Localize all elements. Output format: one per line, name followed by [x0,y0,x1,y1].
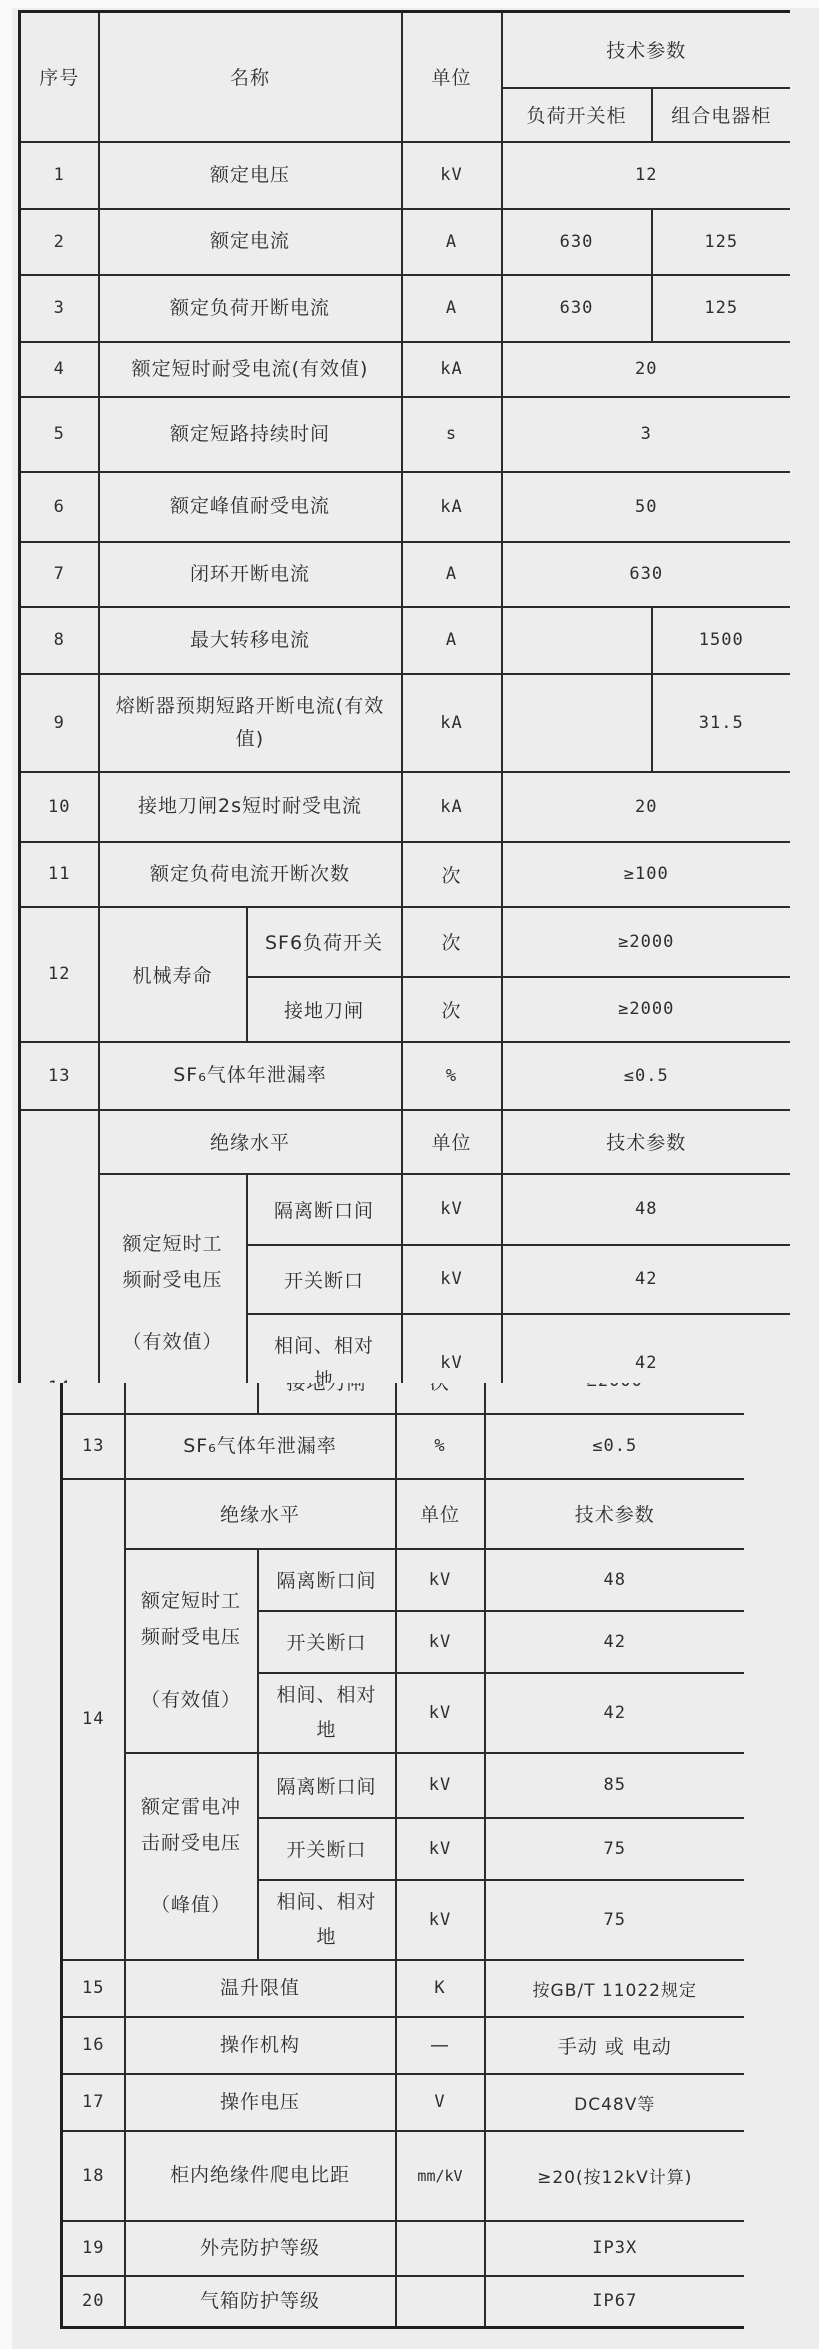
cell-value: ≥2000 [502,977,790,1042]
group-note: （有效值） [120,1324,226,1360]
header-load-switch: 负荷开关柜 [502,88,652,142]
cell-unit: K [396,1960,485,2017]
header-params: 技术参数 [502,12,790,88]
cell-unit-header: 单位 [402,1110,502,1174]
table-row: 11 额定负荷电流开断次数 次 ≥100 [20,842,791,907]
group-label: 额定短时工频耐受电压 [140,1583,242,1655]
cell-unit: kA [402,772,502,842]
cell-no: 6 [20,472,99,542]
cell-unit: A [402,209,502,275]
table-row: 7 闭环开断电流 A 630 [20,542,791,607]
group-note: （有效值） [140,1682,242,1718]
cell-unit: kV [396,1673,485,1753]
cell-unit: A [402,542,502,607]
cell-no: 2 [20,209,99,275]
table-row-pf-isolating: 额定短时工频耐受电压 （有效值） 隔离断口间 kV 48 [62,1549,745,1611]
cell-combo-value: 1500 [652,607,790,674]
cell-no: 8 [20,607,99,674]
cell-value: ≤0.5 [502,1042,790,1110]
cell-combo-value: 125 [652,275,790,342]
cell-no: 18 [62,2131,125,2221]
cell-unit: kV [396,1611,485,1673]
table-row: 3 额定负荷开断电流 A 630 125 [20,275,791,342]
cell-subname: 隔离断口间 [258,1549,396,1611]
cell-group-mech-life: 机械寿命 [99,907,247,1042]
cell-value: 48 [485,1549,745,1611]
cell-name: 温升限值 [125,1960,396,2017]
group-label: 额定雷电冲击耐受电压 [140,1789,242,1861]
cell-no: 17 [62,2074,125,2131]
cell-no: 16 [62,2017,125,2074]
cell-name: SF₆气体年泄漏率 [99,1042,402,1110]
cell-no: 3 [20,275,99,342]
cell-unit: mm/kV [396,2131,485,2221]
cell-unit: kA [402,342,502,397]
table-row: 18 柜内绝缘件爬电比距 mm/kV ≥20(按12kV计算) [62,2131,745,2221]
table-row-pf-isolating: 额定短时工频耐受电压 （有效值） 隔离断口间 kV 48 [20,1174,791,1245]
cell-value: 20 [502,772,790,842]
cell-value: ≥100 [502,842,790,907]
cell-subname: 相间、相对地 [258,1673,396,1753]
cell-value: ≥2000 [502,907,790,977]
cell-combo-value: 125 [652,209,790,275]
cell-subname: 相间、相对地 [258,1880,396,1960]
cell-name: 额定负荷开断电流 [99,275,402,342]
cell-no: 14 [20,1110,99,1384]
cell-value: IP3X [485,2221,745,2276]
cell-name: 柜内绝缘件爬电比距 [125,2131,396,2221]
spec-table-bottom: 接地刀闸 次 ≥2000 13 SF₆气体年泄漏率 % ≤0.5 14 绝缘水平… [60,1383,744,2329]
cell-unit: kV [396,1549,485,1611]
cell-value: 85 [485,1753,745,1818]
cell-no: 19 [62,2221,125,2276]
cell-unit: kV [402,1245,502,1314]
cell-name: 额定短路持续时间 [99,397,402,472]
table-row: 5 额定短路持续时间 s 3 [20,397,791,472]
cell-subname: 接地刀闸 [258,1383,396,1414]
cell-no: 9 [20,674,99,772]
cell-unit: kV [396,1880,485,1960]
cell-name: 额定峰值耐受电流 [99,472,402,542]
subname-label: 相间、相对地 [273,1885,381,1953]
cell-unit: kV [402,142,502,209]
cell-unit: A [402,607,502,674]
cell-name: 闭环开断电流 [99,542,402,607]
cell-value: 42 [485,1673,745,1753]
header-name: 名称 [99,12,402,142]
cell-no-empty [62,1383,125,1414]
cell-name: SF₆气体年泄漏率 [125,1414,396,1479]
cell-value: 20 [502,342,790,397]
table-row: 19 外壳防护等级 IP3X [62,2221,745,2276]
cell-unit: kV [402,1174,502,1245]
cell-unit: 次 [402,977,502,1042]
cell-value: IP67 [485,2276,745,2328]
table-row-mech-life-switch: 12 机械寿命 SF6负荷开关 次 ≥2000 [20,907,791,977]
cell-no: 14 [62,1479,125,1960]
cell-subname: 相间、相对地 [247,1314,402,1384]
table-row: 1 额定电压 kV 12 [20,142,791,209]
table-row: 4 额定短时耐受电流(有效值) kA 20 [20,342,791,397]
cell-name: 额定电流 [99,209,402,275]
cell-load-value: 630 [502,209,652,275]
cell-subname: 开关断口 [258,1611,396,1673]
cell-load-value [502,674,652,772]
cell-value: 3 [502,397,790,472]
header-combined: 组合电器柜 [652,88,790,142]
cell-unit: 次 [402,842,502,907]
cell-subname: 开关断口 [247,1245,402,1314]
table-row: 15 温升限值 K 按GB/T 11022规定 [62,1960,745,2017]
cell-unit: kV [396,1753,485,1818]
table-row: 20 气箱防护等级 IP67 [62,2276,745,2328]
screenshot-bottom: 接地刀闸 次 ≥2000 13 SF₆气体年泄漏率 % ≤0.5 14 绝缘水平… [60,1383,744,2333]
header-no: 序号 [20,12,99,142]
cell-unit [396,2276,485,2328]
cell-name: 最大转移电流 [99,607,402,674]
cell-subname: 开关断口 [258,1818,396,1880]
cell-name: 额定负荷电流开断次数 [99,842,402,907]
cell-no: 13 [62,1414,125,1479]
table-row-mech-life-earth-fragment: 接地刀闸 次 ≥2000 [62,1383,745,1414]
cell-insulation-level: 绝缘水平 [99,1110,402,1174]
spec-sheet-page: 序号 名称 单位 技术参数 负荷开关柜 组合电器柜 1 额定电压 kV 12 2… [0,0,819,2349]
table-row: 8 最大转移电流 A 1500 [20,607,791,674]
cell-no: 11 [20,842,99,907]
cell-value: 按GB/T 11022规定 [485,1960,745,2017]
cell-load-value [502,607,652,674]
cell-value: ≥20(按12kV计算) [485,2131,745,2221]
cell-unit: V [396,2074,485,2131]
subname-label: 相间、相对地 [268,1329,380,1383]
cell-name: 熔断器预期短路开断电流(有效值) [99,674,402,772]
cell-subname: SF6负荷开关 [247,907,402,977]
cell-no: 20 [62,2276,125,2328]
cell-name: 气箱防护等级 [125,2276,396,2328]
cell-name: 操作电压 [125,2074,396,2131]
cell-unit: kA [402,674,502,772]
cell-unit: 次 [402,907,502,977]
insulation-header-row: 14 绝缘水平 单位 技术参数 [20,1110,791,1174]
cell-unit: kV [396,1818,485,1880]
cell-no: 13 [20,1042,99,1110]
cell-name: 接地刀闸2s短时耐受电流 [99,772,402,842]
header-unit: 单位 [402,12,502,142]
cell-name: 额定短时耐受电流(有效值) [99,342,402,397]
cell-no: 4 [20,342,99,397]
left-margin-strip [0,0,12,2349]
table-header-row: 序号 名称 单位 技术参数 [20,12,791,88]
table-row: 10 接地刀闸2s短时耐受电流 kA 20 [20,772,791,842]
cell-value: 42 [502,1314,790,1384]
cell-no: 15 [62,1960,125,2017]
cell-value: 48 [502,1174,790,1245]
group-label: 额定短时工频耐受电压 [120,1226,226,1298]
cell-value: ≤0.5 [485,1414,745,1479]
cell-value: 42 [485,1611,745,1673]
cell-value: 630 [502,542,790,607]
cell-name: 额定电压 [99,142,402,209]
cell-group-power-freq: 额定短时工频耐受电压 （有效值） [125,1549,258,1753]
table-row: 6 额定峰值耐受电流 kA 50 [20,472,791,542]
table-row: 2 额定电流 A 630 125 [20,209,791,275]
cell-name: 外壳防护等级 [125,2221,396,2276]
cell-subname: 隔离断口间 [247,1174,402,1245]
cell-unit: A [402,275,502,342]
cell-no: 7 [20,542,99,607]
group-note: （峰值） [140,1887,242,1923]
cell-unit-header: 单位 [396,1479,485,1549]
cell-group-empty [125,1383,258,1414]
cell-value: 75 [485,1818,745,1880]
cell-group-power-freq: 额定短时工频耐受电压 （有效值） [99,1174,247,1384]
subname-label: 相间、相对地 [273,1678,381,1746]
cell-unit: kV [402,1314,502,1384]
cell-no: 1 [20,142,99,209]
cell-value: 50 [502,472,790,542]
insulation-header-row: 14 绝缘水平 单位 技术参数 [62,1479,745,1549]
cell-unit: kA [402,472,502,542]
table-row: 9 熔断器预期短路开断电流(有效值) kA 31.5 [20,674,791,772]
cell-no: 12 [20,907,99,1042]
cell-load-value: 630 [502,275,652,342]
cell-insulation-level: 绝缘水平 [125,1479,396,1549]
cell-no: 5 [20,397,99,472]
cell-value: 12 [502,142,790,209]
cell-params-header: 技术参数 [502,1110,790,1174]
cell-group-lightning: 额定雷电冲击耐受电压 （峰值） [125,1753,258,1960]
cell-params-header: 技术参数 [485,1479,745,1549]
cell-unit: — [396,2017,485,2074]
top-margin-strip [0,0,819,8]
cell-subname: 隔离断口间 [258,1753,396,1818]
cell-name: 操作机构 [125,2017,396,2074]
spec-table-top: 序号 名称 单位 技术参数 负荷开关柜 组合电器柜 1 额定电压 kV 12 2… [18,10,790,1383]
cell-value: 手动 或 电动 [485,2017,745,2074]
cell-unit: s [402,397,502,472]
table-row: 16 操作机构 — 手动 或 电动 [62,2017,745,2074]
table-row: 13 SF₆气体年泄漏率 % ≤0.5 [20,1042,791,1110]
cell-subname: 接地刀闸 [247,977,402,1042]
cell-no: 10 [20,772,99,842]
cell-unit: % [402,1042,502,1110]
cell-unit [396,2221,485,2276]
table-row: 17 操作电压 V DC48V等 [62,2074,745,2131]
cell-unit: % [396,1414,485,1479]
cell-value: 42 [502,1245,790,1314]
cell-value: ≥2000 [485,1383,745,1414]
cell-value: 75 [485,1880,745,1960]
table-row-li-isolating: 额定雷电冲击耐受电压 （峰值） 隔离断口间 kV 85 [62,1753,745,1818]
cell-combo-value: 31.5 [652,674,790,772]
cell-unit: 次 [396,1383,485,1414]
cell-value: DC48V等 [485,2074,745,2131]
table-row: 13 SF₆气体年泄漏率 % ≤0.5 [62,1414,745,1479]
screenshot-top: 序号 名称 单位 技术参数 负荷开关柜 组合电器柜 1 额定电压 kV 12 2… [18,10,790,1383]
